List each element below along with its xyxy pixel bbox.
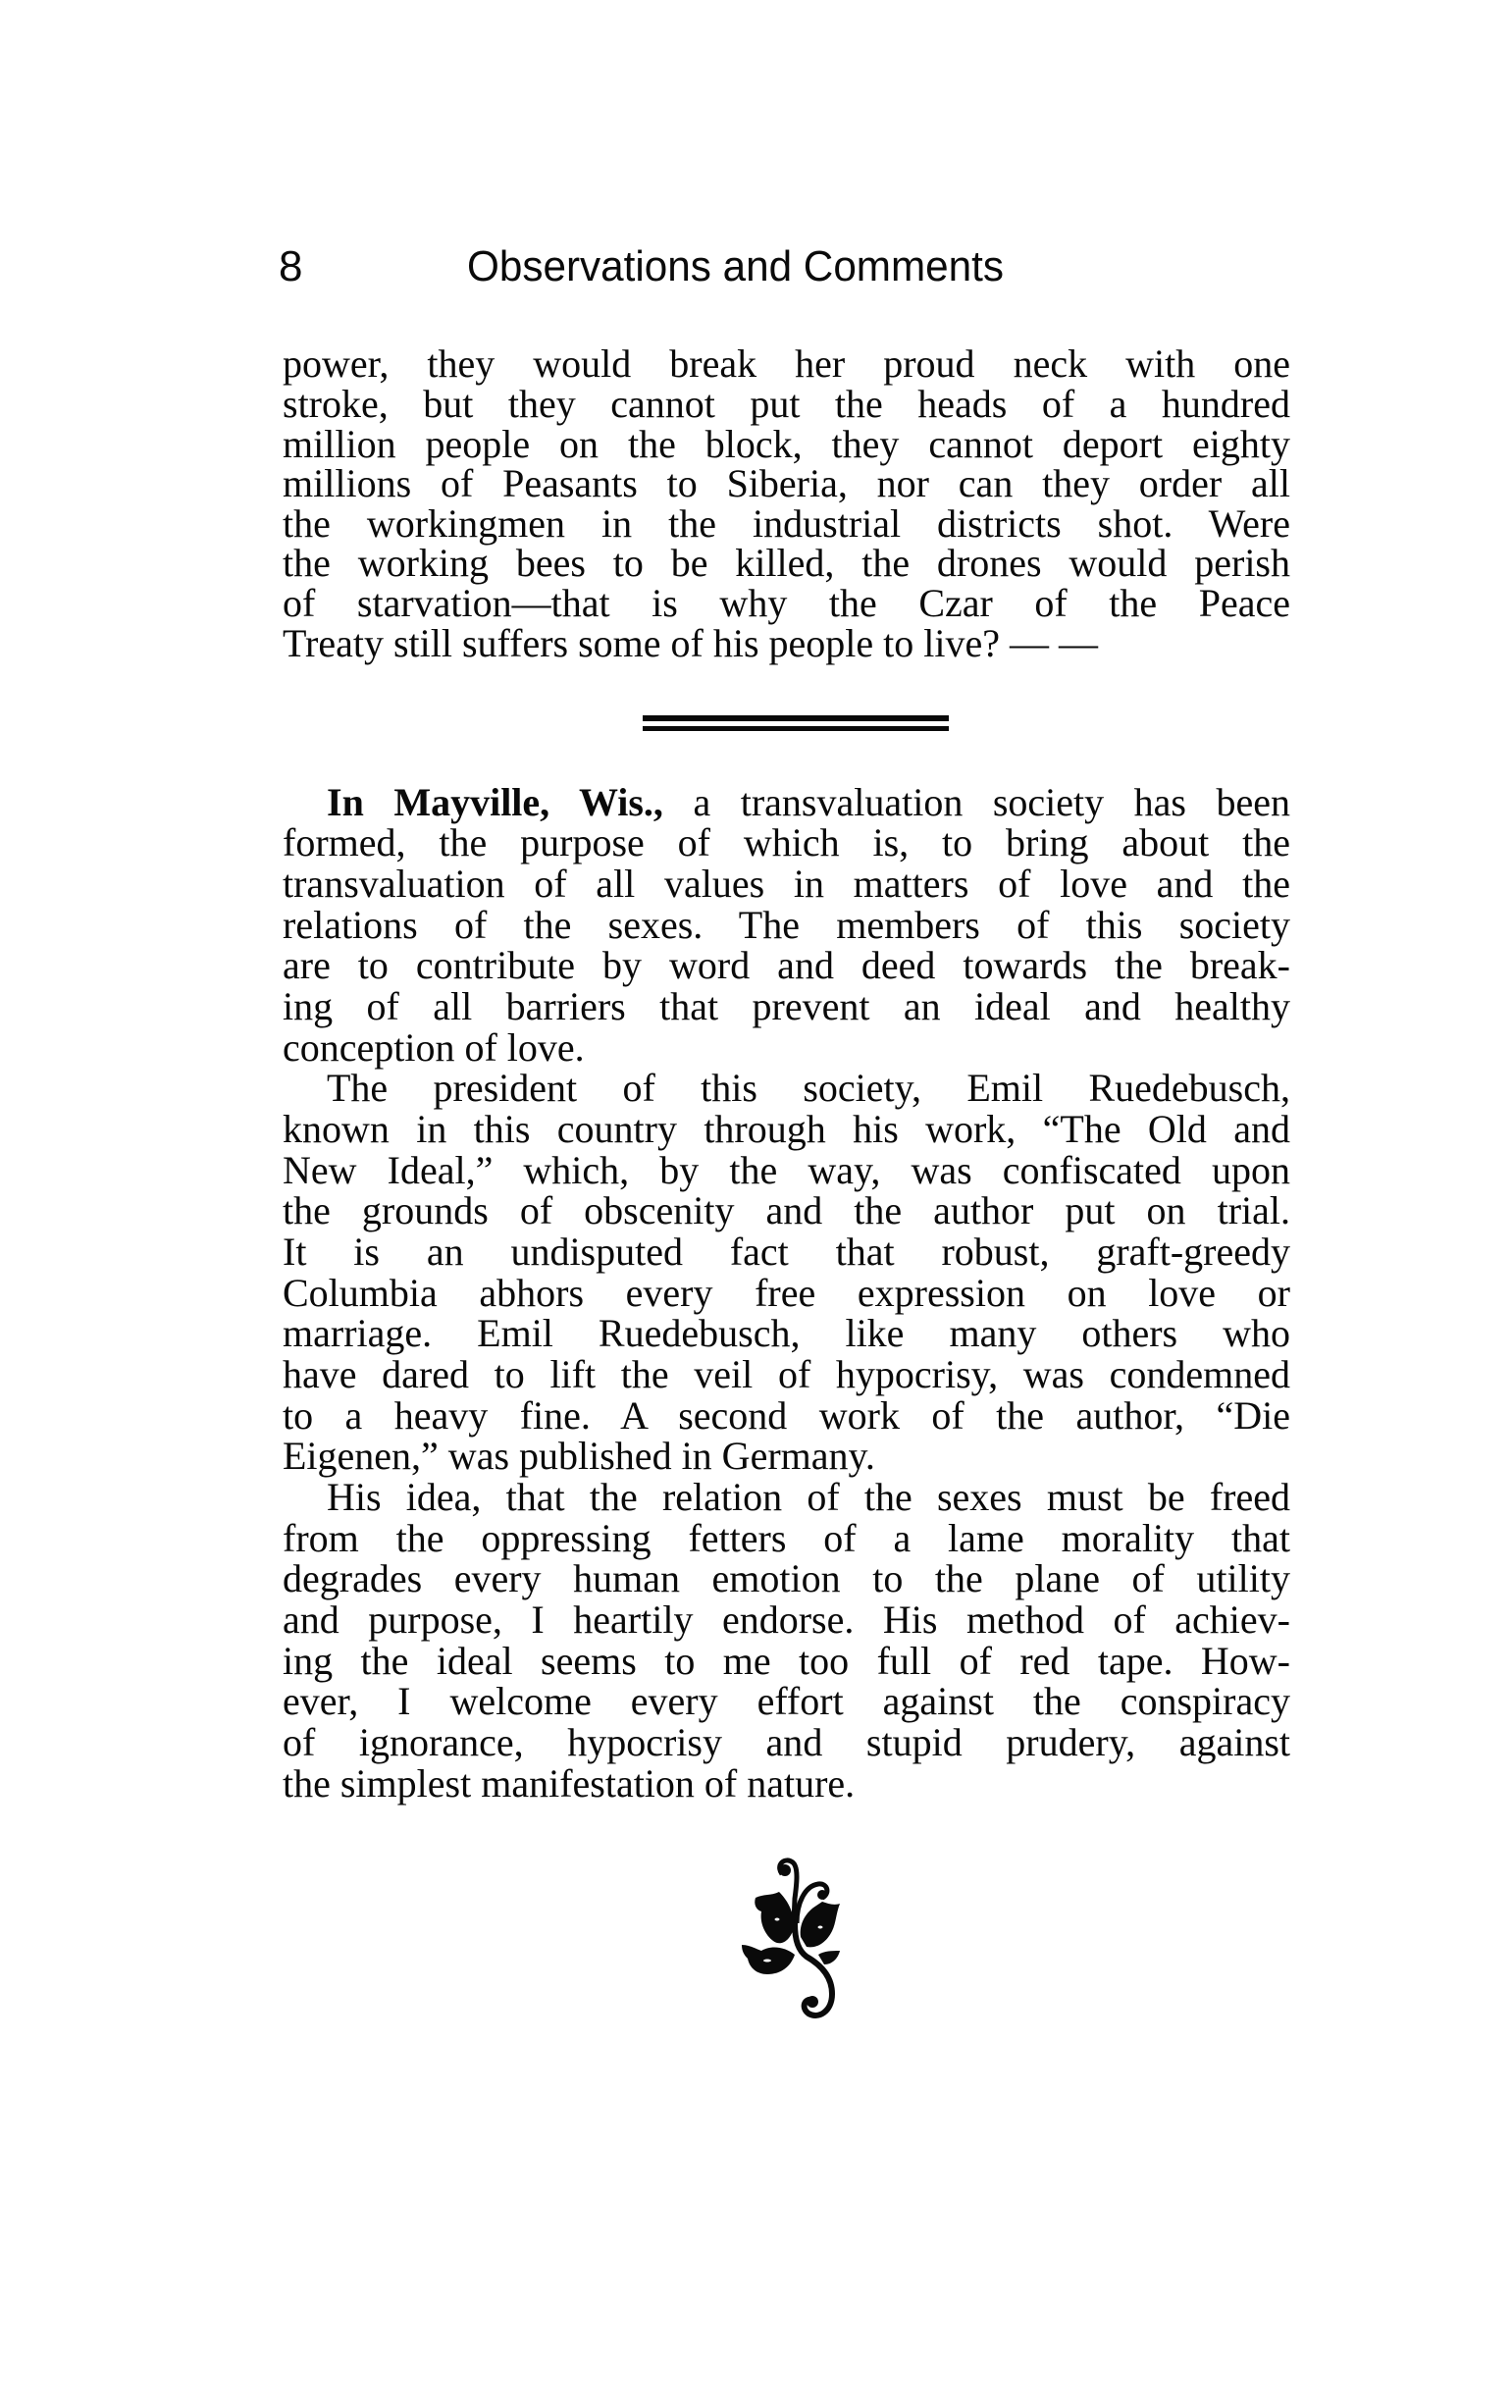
text-line: His idea, that the relation of the sexes… — [327, 1476, 1290, 1519]
text-line: the working bees to be killed, the drone… — [283, 542, 1290, 585]
text-line: relations of the sexes. The members of t… — [283, 904, 1290, 947]
text-line: Columbia abhors every free expression on… — [283, 1272, 1290, 1315]
floral-fleuron-icon — [738, 1855, 860, 2023]
text-line: New Ideal,” which, by the way, was confi… — [283, 1149, 1290, 1192]
text-line: have dared to lift the veil of hypocrisy… — [283, 1353, 1290, 1396]
text-line: and purpose, I heartily endorse. His met… — [283, 1598, 1290, 1642]
page-number: 8 — [279, 239, 302, 294]
text-line: marriage. Emil Ruedebusch, like many oth… — [283, 1312, 1290, 1355]
text-line: transvaluation of all values in matters … — [283, 863, 1290, 906]
running-head: 8 Observations and Comments — [0, 239, 1512, 294]
text-line: Eigenen,” was published in Germany. — [283, 1435, 1290, 1478]
text-line: power, they would break her proud neck w… — [283, 342, 1290, 386]
text-line: The president of this society, Emil Rued… — [327, 1067, 1290, 1110]
divider-rule-bottom — [643, 726, 949, 731]
text-line: stroke, but they cannot put the heads of… — [283, 383, 1290, 426]
book-page: 8 Observations and Comments power, they … — [0, 0, 1512, 2408]
text-line: of starvation—that is why the Czar of th… — [283, 582, 1290, 625]
text-line: formed, the purpose of which is, to brin… — [283, 821, 1290, 864]
running-title: Observations and Comments — [467, 239, 1069, 294]
text-line: are to contribute by word and deed towar… — [283, 944, 1290, 987]
text-line: ing of all barriers that prevent an idea… — [283, 985, 1290, 1028]
text-line: the grounds of obscenity and the author … — [283, 1189, 1290, 1232]
text-line-lead: In Mayville, Wis., a transvaluation soci… — [327, 781, 1290, 824]
text-line: Treaty still suffers some of his people … — [283, 622, 1290, 665]
divider-rule-top — [643, 715, 949, 721]
text-line: degrades every human emotion to the plan… — [283, 1557, 1290, 1600]
text-line: million people on the block, they cannot… — [283, 423, 1290, 466]
text-line: It is an undisputed fact that robust, gr… — [283, 1230, 1290, 1274]
text-line: the simplest manifestation of nature. — [283, 1762, 1290, 1806]
text-line: to a heavy fine. A second work of the au… — [283, 1394, 1290, 1438]
text-line: known in this country through his work, … — [283, 1108, 1290, 1151]
text-line: from the oppressing fetters of a lame mo… — [283, 1517, 1290, 1560]
section-divider — [643, 715, 949, 733]
text-line: the workingmen in the industrial distric… — [283, 502, 1290, 546]
text-line: conception of love. — [283, 1026, 1290, 1070]
section-lead-heading: In Mayville, Wis., — [327, 780, 663, 824]
text-line: millions of Peasants to Siberia, nor can… — [283, 462, 1290, 505]
text-line: of ignorance, hypocrisy and stupid prude… — [283, 1721, 1290, 1764]
lead-text: a transvaluation society has been — [663, 780, 1290, 824]
text-line: ever, I welcome every effort against the… — [283, 1680, 1290, 1723]
text-line: ing the ideal seems to me too full of re… — [283, 1640, 1290, 1683]
